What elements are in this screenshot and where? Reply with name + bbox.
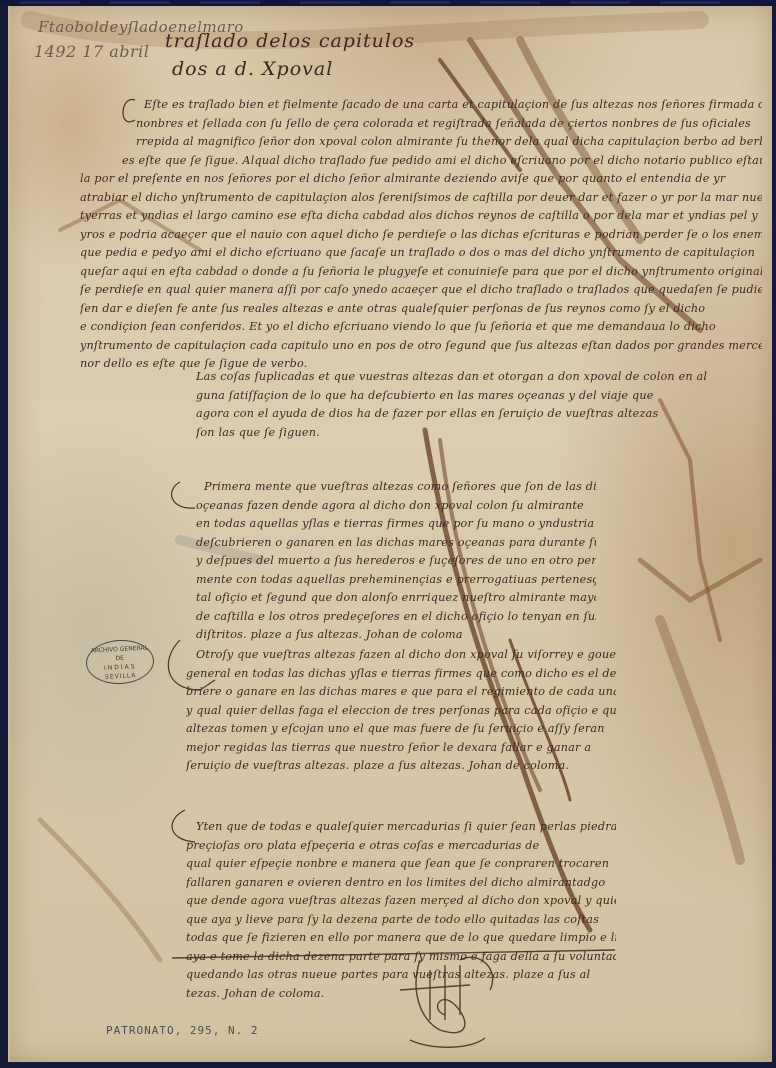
text-line: que aya y lieve para ſy la dezena parte … [186,911,616,930]
text-line: Eſte es traſlado bien et fielmente ſacad… [122,96,762,115]
text-line: ſe perdieſe en qual quier manera aſſi po… [80,281,762,300]
text-line: la por el preſente en nos ſeñores por el… [80,170,762,189]
text-line: mejor regidas las tierras que nuestro ſe… [186,739,616,758]
text-line: queſar aqui en eſta cabdad o donde a ſu … [80,263,762,282]
text-line: preçioſas oro plata eſpeçeria e otras co… [186,837,616,856]
archive-date-note: 1492 17 abril [34,42,149,61]
text-line: aya e tome la dicha dezena parte para ſy… [186,948,616,967]
text-line: todas que ſe fizieren en ello por manera… [186,929,616,948]
text-line: agora con el ayuda de dios ha de fazer p… [196,405,756,424]
text-line: de caſtilla e los otros predeçeſores en … [196,608,596,627]
text-line: tyerras et yndias el largo camino ese eſ… [80,207,762,226]
text-line: ſeruiçio de vueſtras altezas. plaze a ſu… [186,757,616,776]
paragraph-admiralty: Primera mente que vueſtras altezas como … [196,478,596,645]
text-line: atrabiar el dicho ynſtrumento de capitul… [80,189,762,208]
text-line: ynſtrumento de capitulaçion cada capitul… [80,337,762,356]
text-line: guna ſatiſfaçion de lo que ha deſcubiert… [196,387,756,406]
text-line: ſon las que ſe ſiguen. [196,424,756,443]
text-line: en todas aquellas yſlas e tierras firmes… [196,515,596,534]
shelfmark-label: PATRONATO, 295, N. 2 [106,1024,258,1037]
archive-stamp: ARCHIVO GENERAL DE INDIAS SEVILLA [85,638,155,685]
text-line: tezas. Johan de coloma. [186,985,616,1004]
text-line: nonbres et ſellada con ſu ſello de çera … [122,115,762,134]
paragraph-supplications: Las coſas ſuplicadas et que vuestras alt… [196,368,756,442]
text-line: e condiçion ſean conferidos. Et yo el di… [80,318,762,337]
text-line: diſtritos. plaze a ſus altezas. Johan de… [196,626,596,645]
text-line: Yten que de todas e qualeſquier mercadur… [196,818,616,837]
text-line: Otroſy que vueſtras altezas fazen al dic… [196,646,616,665]
text-line: general en todas las dichas yſlas e tier… [186,665,616,684]
text-line: Primera mente que vueſtras altezas como … [196,478,596,497]
text-line: y qual quier dellas faga el eleccion de … [186,702,616,721]
paragraph-tenth-share: Yten que de todas e qualeſquier mercadur… [196,818,616,1003]
paragraph-viceroyalty: Otroſy que vueſtras altezas fazen al dic… [196,646,616,776]
document-heading-line2: dos a d. Xpoval [172,58,333,80]
text-line: oçeanas fazen dende agora al dicho don x… [196,497,596,516]
document-heading-line1: traſlado delos capitulos [165,30,415,52]
text-line: briere o ganare en las dichas mares e qu… [186,683,616,702]
paragraph-preamble: Eſte es traſlado bien et fielmente ſacad… [122,96,762,374]
text-line: ſen dar e dieſen fe ante ſus reales alte… [80,300,762,319]
text-line: mente con todas aquellas preheminençias … [196,571,596,590]
text-line: deſcubrieren o ganaren en las dichas mar… [196,534,596,553]
text-line: fallaren ganaren e ovieren dentro en los… [186,874,616,893]
text-line: rrepida al magnifico ſeñor don xpoval co… [122,133,762,152]
text-line: quedando las otras nueue partes para vue… [186,966,616,985]
text-line: que pedia e pedyo ami el dicho eſcriuano… [80,244,762,263]
text-line: qual quier eſpeçie nonbre e manera que ſ… [186,855,616,874]
text-line: Las coſas ſuplicadas et que vuestras alt… [196,368,756,387]
text-line: y deſpues del muerto a ſus herederos e ſ… [196,552,596,571]
text-line: es eſte que ſe ſigue. Alqual dicho traſl… [122,152,762,171]
text-line: yros e podria acaeçer que el nauio con a… [80,226,762,245]
text-line: tal ofiçio et ſegund que don alonſo enrr… [196,589,596,608]
text-line: que dende agora vueſtras altezas fazen m… [186,892,616,911]
text-line: altezas tomen y eſcojan uno el que mas f… [186,720,616,739]
